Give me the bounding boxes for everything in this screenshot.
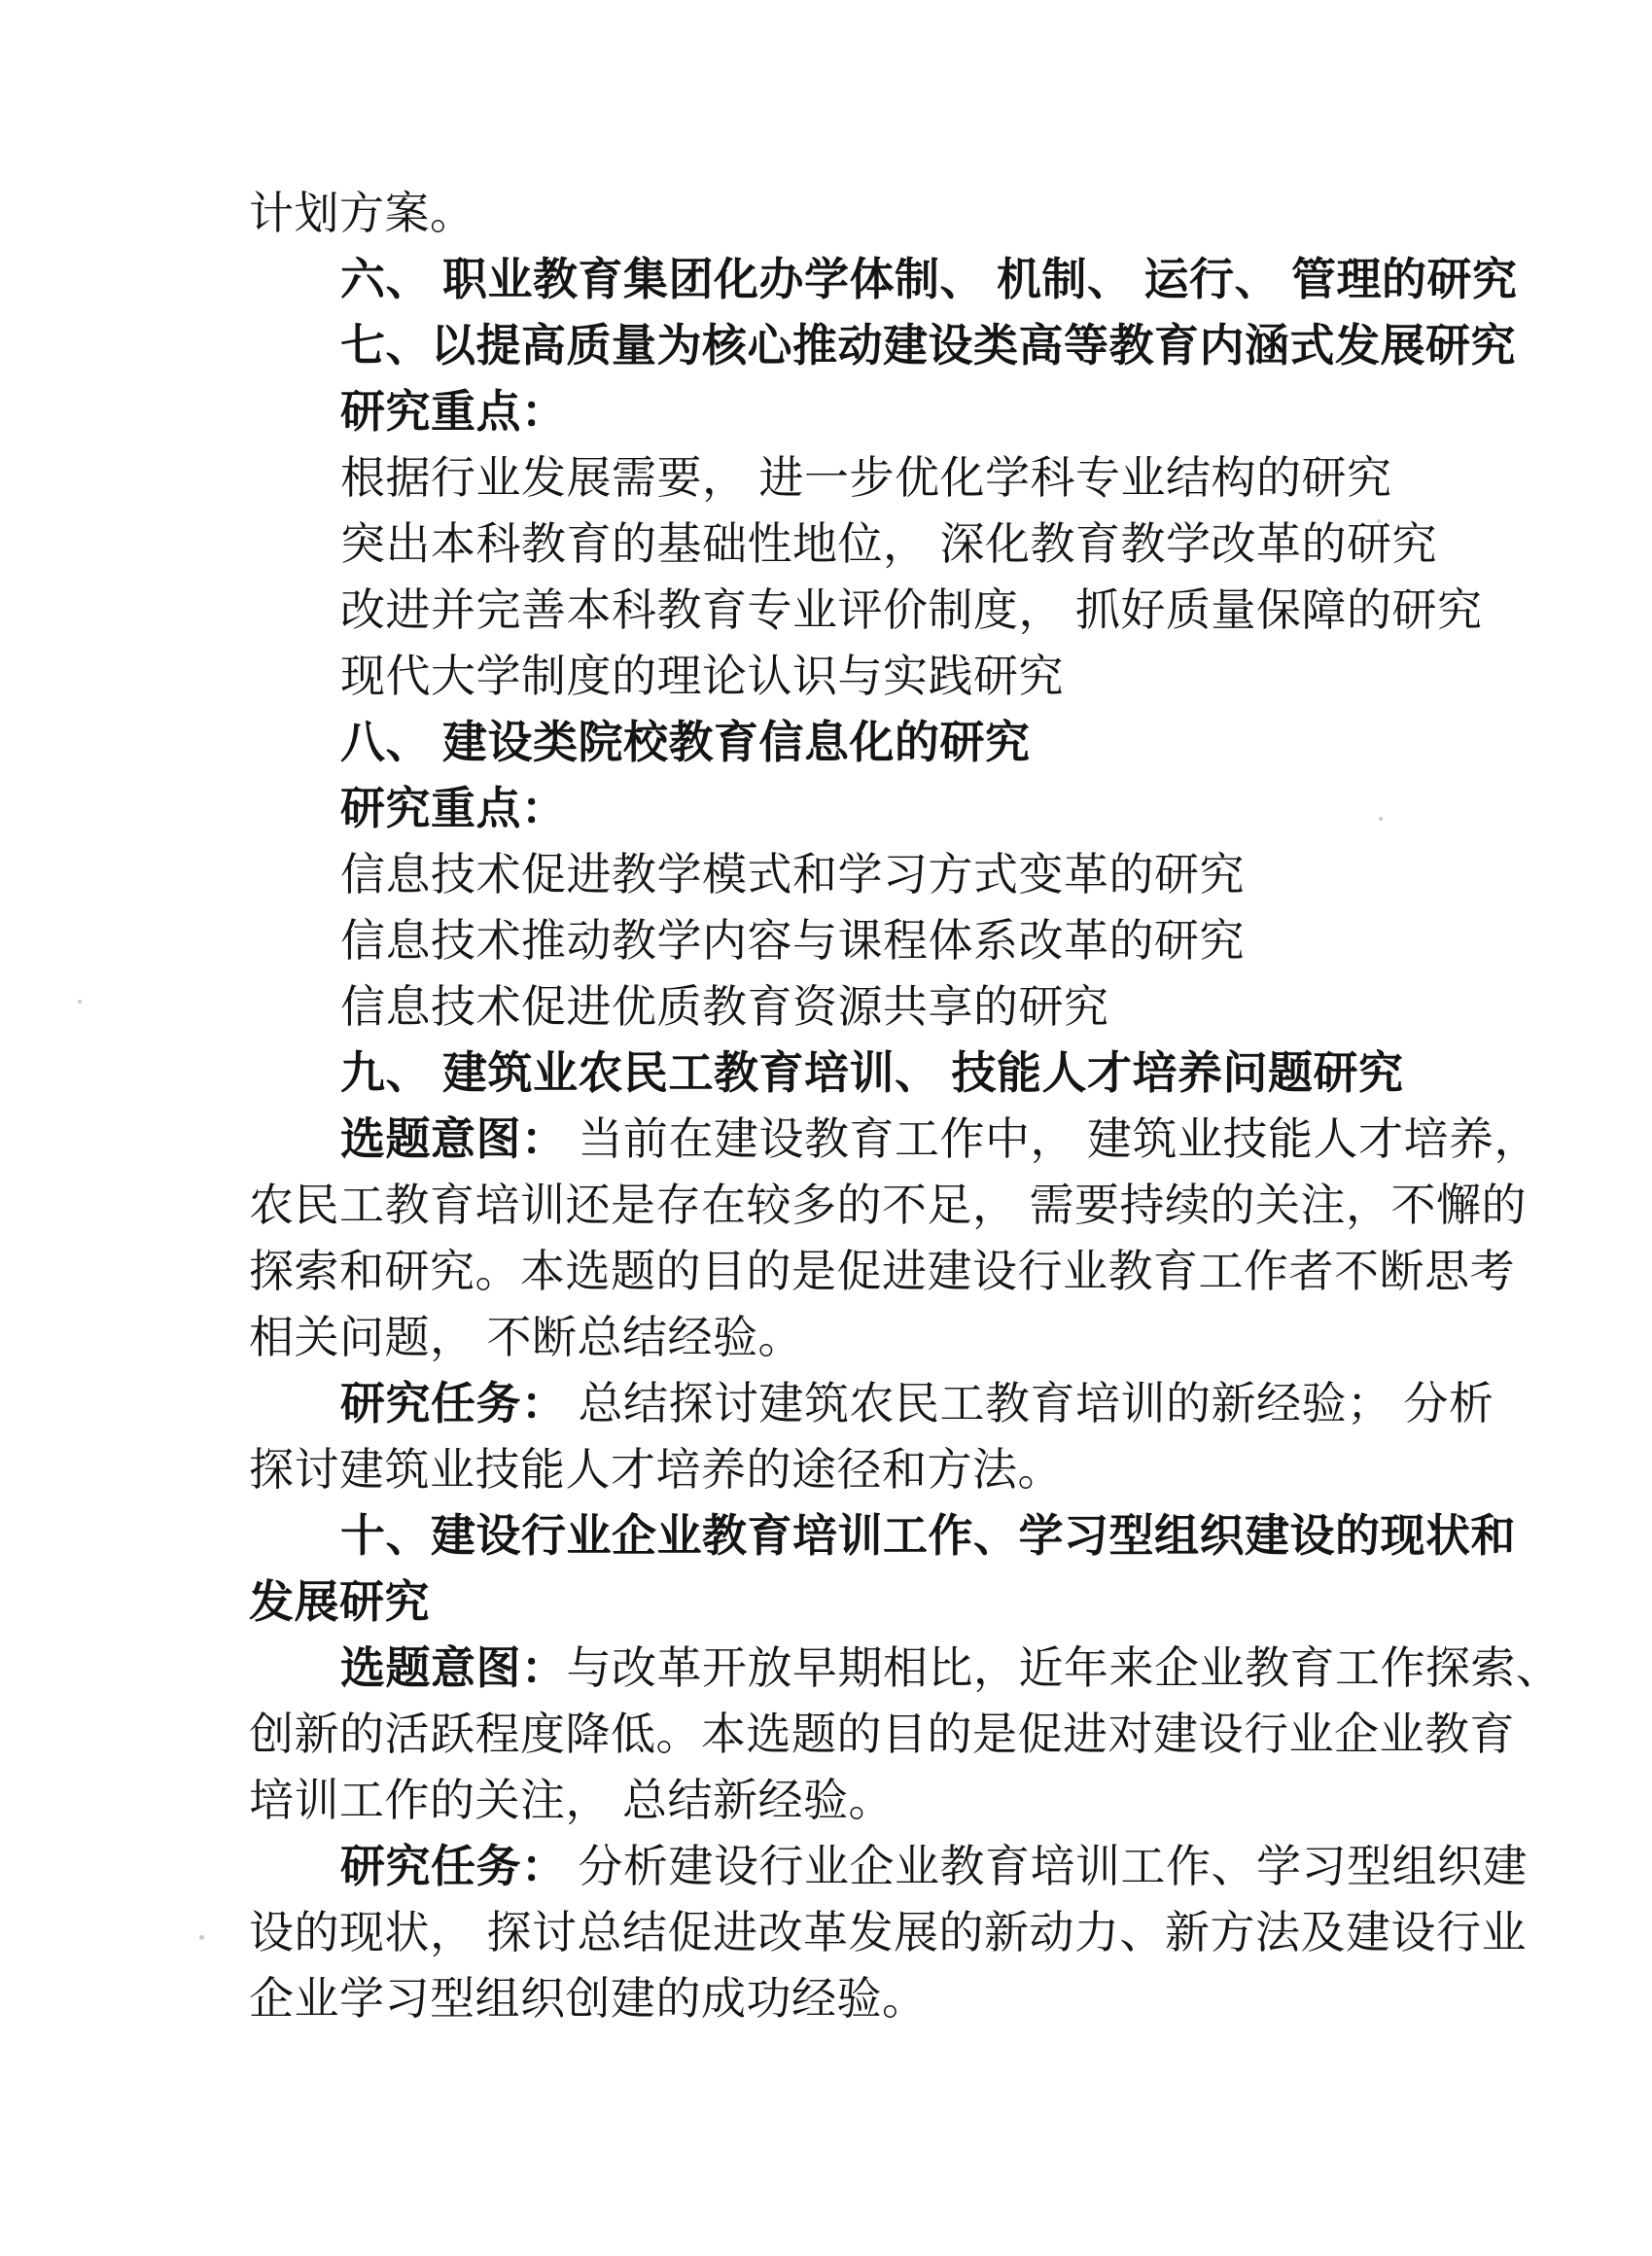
scan-speck	[1379, 817, 1383, 821]
text-line: 八、 建设类院校教育信息化的研究	[249, 710, 1523, 776]
scan-speck	[1377, 519, 1381, 523]
heading-segment: 研究重点：	[340, 784, 567, 833]
text-segment: 探索和研究。本选题的目的是促进建设行业教育工作者不断思考	[249, 1247, 1515, 1296]
text-segment: 信息技术推动教学内容与课程体系改革的研究	[340, 916, 1245, 966]
text-segment: 突出本科教育的基础性地位， 深化教育教学改革的研究	[340, 519, 1437, 569]
text-line: 创新的活跃程度降低。本选题的目的是促进对建设行业企业教育	[249, 1702, 1523, 1768]
text-line: 研究重点：	[249, 379, 1523, 445]
text-segment: 企业学习型组织创建的成功经验。	[249, 1974, 928, 2024]
text-segment: 计划方案。	[249, 189, 475, 238]
heading-segment: 研究重点：	[340, 387, 567, 437]
heading-segment: 八、 建设类院校教育信息化的研究	[340, 718, 1031, 767]
text-line: 研究重点：	[249, 776, 1523, 842]
scan-speck	[199, 1935, 204, 1940]
text-segment: 农民工教育培训还是存在较多的不足， 需要持续的关注，不懈的	[249, 1181, 1527, 1230]
text-line: 十、建设行业企业教育培训工作、学习型组织建设的现状和	[249, 1503, 1523, 1569]
text-line: 研究任务： 分析建设行业企业教育培训工作、学习型组织建	[249, 1834, 1523, 1900]
text-line: 六、 职业教育集团化办学体制、 机制、 运行、 管理的研究	[249, 247, 1523, 313]
text-segment: 根据行业发展需要， 进一步优化学科专业结构的研究	[340, 453, 1392, 503]
heading-segment: 十、建设行业企业教育培训工作、学习型组织建设的现状和	[340, 1511, 1516, 1561]
heading-segment: 研究任务：	[340, 1379, 567, 1428]
text-segment: 探讨建筑业技能人才培养的途径和方法。	[249, 1445, 1063, 1495]
text-line: 现代大学制度的理论认识与实践研究	[249, 644, 1523, 710]
heading-segment: 七、以提高质量为核心推动建设类高等教育内涵式发展研究	[340, 321, 1516, 370]
text-line: 研究任务： 总结探讨建筑农民工教育培训的新经验； 分析	[249, 1371, 1523, 1437]
text-line: 根据行业发展需要， 进一步优化学科专业结构的研究	[249, 445, 1523, 511]
text-segment: 信息技术促进优质教育资源共享的研究	[340, 982, 1109, 1032]
document-text: 计划方案。六、 职业教育集团化办学体制、 机制、 运行、 管理的研究七、以提高质…	[249, 181, 1523, 2032]
heading-segment: 选题意图：	[340, 1643, 567, 1693]
text-segment: 当前在建设教育工作中， 建筑业技能人才培养，	[567, 1114, 1540, 1164]
heading-segment: 九、 建筑业农民工教育培训、 技能人才培养问题研究	[340, 1048, 1404, 1098]
text-segment: 总结探讨建筑农民工教育培训的新经验； 分析	[567, 1379, 1494, 1428]
text-segment: 相关问题， 不断总结经验。	[249, 1313, 803, 1362]
text-segment: 创新的活跃程度降低。本选题的目的是促进对建设行业企业教育	[249, 1710, 1515, 1759]
heading-segment: 研究任务：	[340, 1842, 567, 1891]
scanned-document-page: 计划方案。六、 职业教育集团化办学体制、 机制、 运行、 管理的研究七、以提高质…	[0, 0, 1652, 2256]
heading-segment: 六、 职业教育集团化办学体制、 机制、 运行、 管理的研究	[340, 255, 1518, 304]
text-line: 选题意图：与改革开放早期相比，近年来企业教育工作探索、	[249, 1636, 1523, 1702]
heading-segment: 发展研究	[249, 1577, 430, 1627]
heading-segment: 选题意图：	[340, 1114, 567, 1164]
text-line: 探索和研究。本选题的目的是促进建设行业教育工作者不断思考	[249, 1239, 1523, 1305]
text-segment: 信息技术促进教学模式和学习方式变革的研究	[340, 850, 1245, 899]
text-segment: 分析建设行业企业教育培训工作、学习型组织建	[567, 1842, 1529, 1891]
text-line: 计划方案。	[249, 181, 1523, 247]
text-line: 企业学习型组织创建的成功经验。	[249, 1966, 1523, 2032]
text-line: 改进并完善本科教育专业评价制度， 抓好质量保障的研究	[249, 578, 1523, 644]
text-segment: 改进并完善本科教育专业评价制度， 抓好质量保障的研究	[340, 585, 1483, 635]
text-line: 信息技术促进教学模式和学习方式变革的研究	[249, 842, 1523, 908]
text-segment: 现代大学制度的理论认识与实践研究	[340, 652, 1064, 701]
text-line: 选题意图： 当前在建设教育工作中， 建筑业技能人才培养，	[249, 1107, 1523, 1173]
text-segment: 设的现状， 探讨总结促进改革发展的新动力、新方法及建设行业	[249, 1908, 1527, 1957]
text-line: 信息技术促进优质教育资源共享的研究	[249, 974, 1523, 1040]
text-line: 七、以提高质量为核心推动建设类高等教育内涵式发展研究	[249, 313, 1523, 379]
text-line: 农民工教育培训还是存在较多的不足， 需要持续的关注，不懈的	[249, 1173, 1523, 1239]
text-line: 信息技术推动教学内容与课程体系改革的研究	[249, 908, 1523, 974]
text-line: 九、 建筑业农民工教育培训、 技能人才培养问题研究	[249, 1040, 1523, 1107]
text-segment: 与改革开放早期相比，近年来企业教育工作探索、	[567, 1643, 1562, 1693]
text-line: 探讨建筑业技能人才培养的途径和方法。	[249, 1437, 1523, 1503]
text-segment: 培训工作的关注， 总结新经验。	[249, 1776, 894, 1825]
text-line: 相关问题， 不断总结经验。	[249, 1305, 1523, 1371]
text-line: 设的现状， 探讨总结促进改革发展的新动力、新方法及建设行业	[249, 1900, 1523, 1966]
text-line: 培训工作的关注， 总结新经验。	[249, 1768, 1523, 1834]
scan-speck	[78, 1000, 82, 1004]
text-line: 发展研究	[249, 1569, 1523, 1636]
text-line: 突出本科教育的基础性地位， 深化教育教学改革的研究	[249, 511, 1523, 578]
